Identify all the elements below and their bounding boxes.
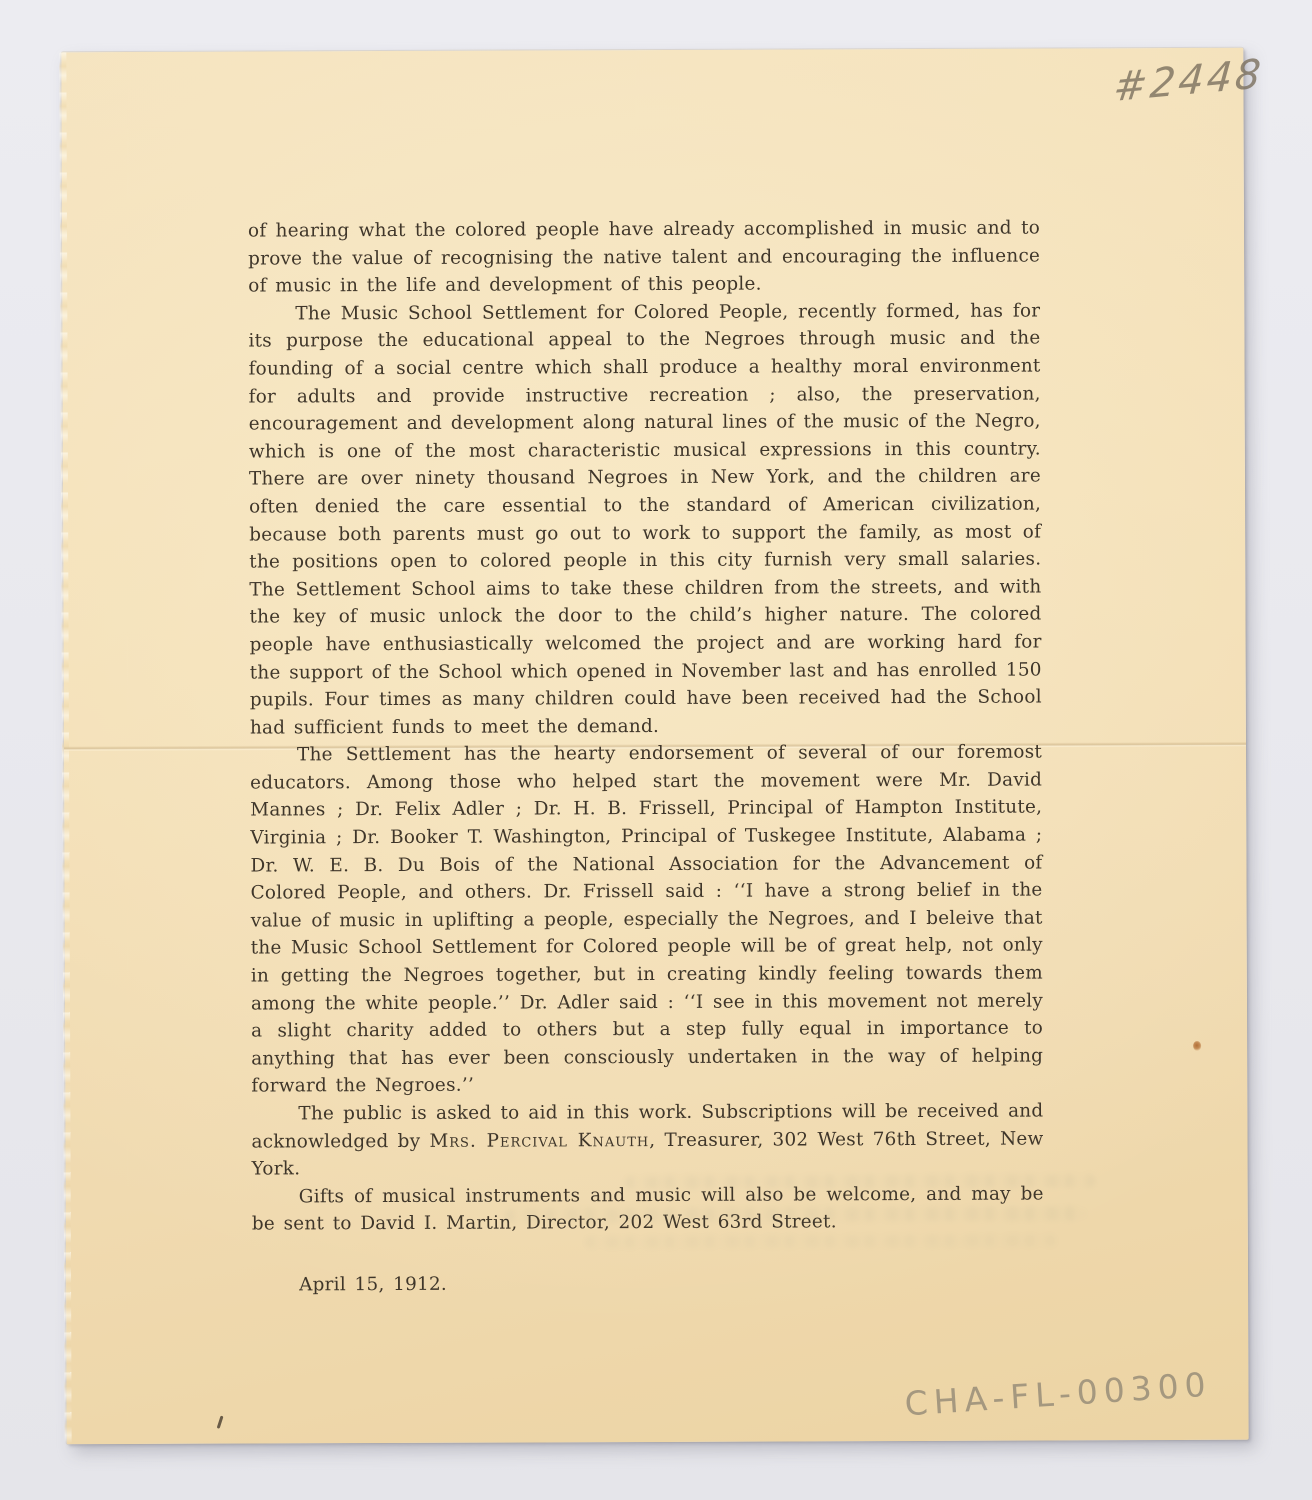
bleed-through-smudge xyxy=(626,1174,1096,1189)
bleed-through-smudge xyxy=(586,1234,1056,1248)
ink-mark xyxy=(217,1416,224,1429)
treasurer-name: Mrs. Percival Knauth xyxy=(429,1130,649,1152)
printed-text-block: of hearing what the colored people have … xyxy=(248,215,1044,1300)
stain-spot xyxy=(1193,1041,1201,1051)
date-line: April 15, 1912. xyxy=(252,1268,1044,1299)
paragraph-endorsements: The Settlement has the hearty endorsemen… xyxy=(250,739,1043,1101)
paragraph-subscriptions: The public is asked to aid in this work.… xyxy=(251,1098,1043,1184)
handwritten-accession-number: CHA-FL-00300 xyxy=(904,1365,1213,1424)
paragraph-continuation: of hearing what the colored people have … xyxy=(248,215,1040,301)
document-paper: of hearing what the colored people have … xyxy=(61,48,1248,1445)
scan-background: of hearing what the colored people have … xyxy=(0,0,1312,1500)
bleed-through-smudge xyxy=(506,1206,1086,1222)
paragraph-settlement-purpose: The Music School Settlement for Colored … xyxy=(248,297,1042,742)
handwritten-catalog-number: #2448 xyxy=(1112,51,1266,111)
